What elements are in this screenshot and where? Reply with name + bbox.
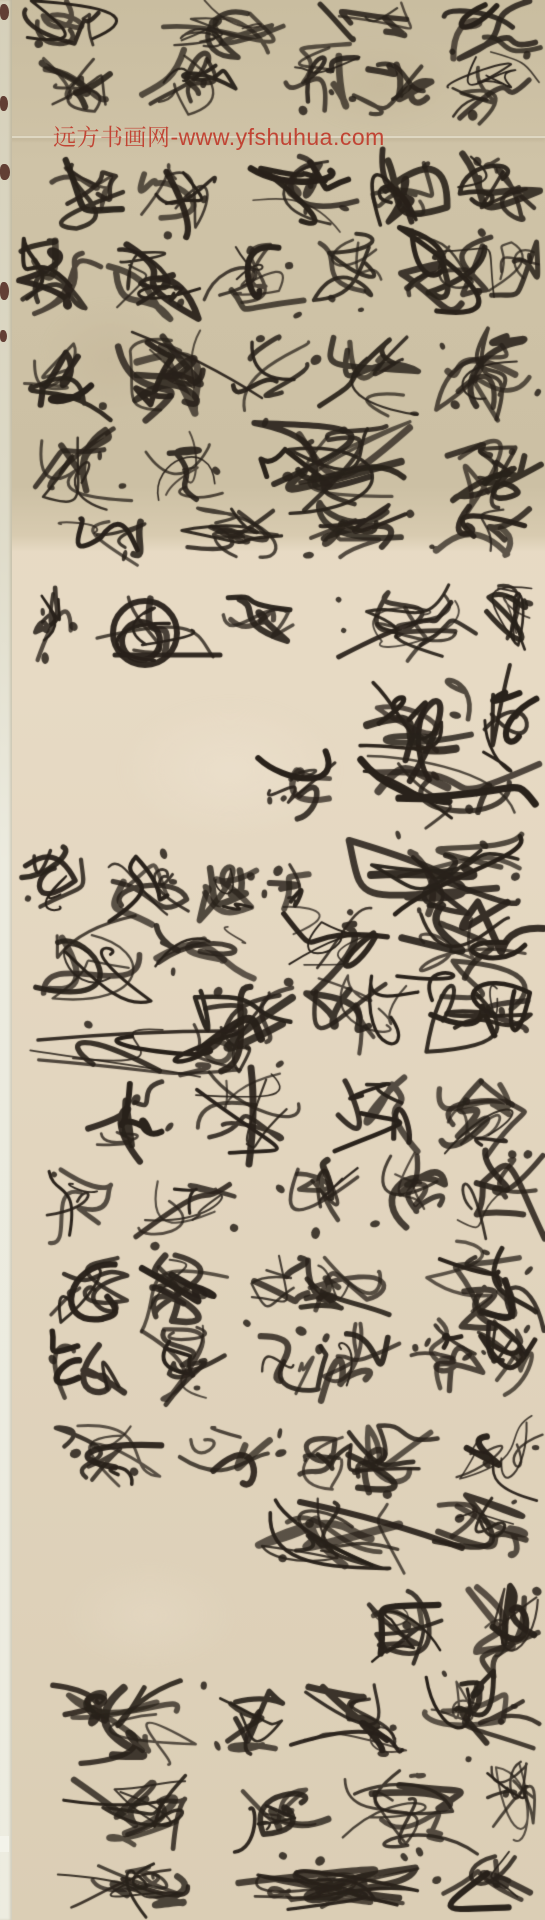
edge-blemish — [0, 4, 9, 20]
edge-blemish — [0, 330, 7, 342]
calligraphy-ink-canvas — [0, 0, 545, 1920]
edge-blemish — [0, 282, 9, 300]
edge-notch — [0, 1836, 9, 1852]
calligraphy-scroll: 远方书画网-www.yfshuhua.com — [0, 0, 545, 1920]
edge-blemish — [0, 164, 10, 180]
watermark-text: 远方书画网-www.yfshuhua.com — [53, 119, 385, 152]
edge-blemish — [0, 96, 8, 111]
